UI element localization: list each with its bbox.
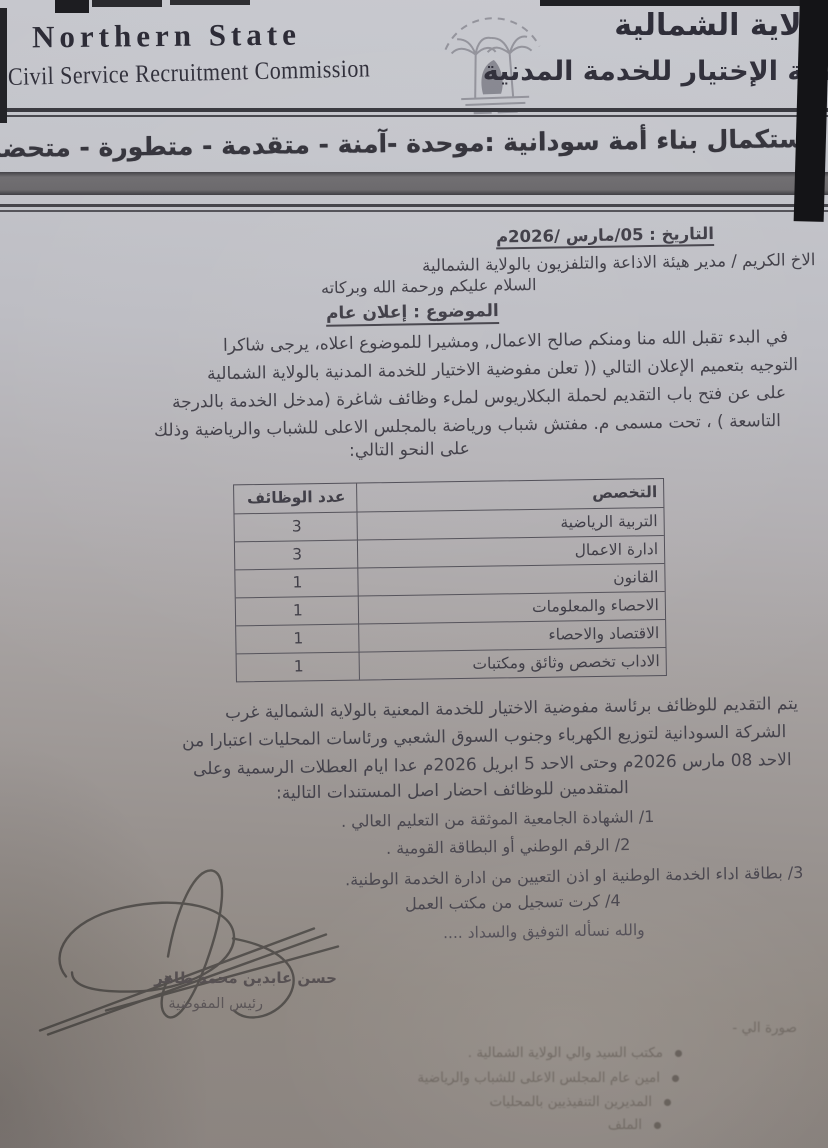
bullet-dot-icon <box>672 1075 679 1082</box>
cc-item: امين عام المجلس الاعلى للشباب والرياضية <box>417 1070 679 1086</box>
cell-specialization: الاداب تخصص وثائق ومكتبات <box>359 648 666 680</box>
paragraph2-line: الشركة السودانية لتوزيع الكهرباء وجنوب ا… <box>182 722 786 751</box>
cell-specialization: القانون <box>357 564 664 596</box>
org-name-arabic: الولاية الشمالية <box>614 8 828 43</box>
bullet-dot-icon <box>654 1122 661 1129</box>
paragraph1-line: على عن فتح باب التقديم لحملة البكلاريوس … <box>172 383 786 413</box>
addressee-line: الاخ الكريم / مدير هيئة الاذاعة والتلفزي… <box>422 250 816 275</box>
header-gray-bar <box>0 172 828 195</box>
header-rule-top <box>0 108 828 112</box>
cc-item-label: امين عام المجلس الاعلى للشباب والرياضية <box>417 1070 660 1086</box>
document-list-item: 2/ الرقم الوطني أو البطاقة القومية . <box>386 835 631 858</box>
cell-specialization: ادارة الاعمال <box>357 536 664 568</box>
org-name-english: Northern State <box>32 17 301 56</box>
document-list-item: 4/ كرت تسجيل من مكتب العمل <box>405 891 621 913</box>
cc-item-label: مكتب السيد والي الولاية الشمالية . <box>468 1045 663 1061</box>
signature-scribble <box>28 856 358 1046</box>
header-rule-bottom <box>0 204 828 207</box>
scan-edge-artifact <box>0 8 7 123</box>
document-list-item: 3/ بطاقة اداء الخدمة الوطنية او اذن التع… <box>345 863 804 889</box>
paragraph2-line: المتقدمين للوظائف احضار اصل المستندات ال… <box>276 778 629 804</box>
cc-item-label: المديرين التنفيذيين بالمحليات <box>489 1094 652 1110</box>
org-subtitle-english: Civil Service Recruitment Commission <box>8 55 371 92</box>
header-specialization: التخصص <box>356 479 663 512</box>
vacancies-table: التخصص عدد الوظائف التربية الرياضية 3 اد… <box>233 478 667 682</box>
header-rule-bottom-thin <box>0 210 828 212</box>
closing-line: والله نسأله التوفيق والسداد .... <box>443 921 645 942</box>
greeting-line: السلام عليكم ورحمة الله وبركاته <box>320 275 536 297</box>
org-subtitle-arabic: مفوضية الإختيار للخدمة المدنية <box>483 56 828 87</box>
date-line: التاريخ : 05/مارس /2026م <box>496 224 714 249</box>
cell-positions: 1 <box>239 653 359 682</box>
scanned-letter-page: Northern State Civil Service Recruitment… <box>0 0 828 1148</box>
cc-item: مكتب السيد والي الولاية الشمالية . <box>468 1045 682 1061</box>
document-content: Northern State Civil Service Recruitment… <box>0 0 828 1148</box>
paragraph2-line: يتم التقديم للوظائف برئاسة مفوضية الاختي… <box>225 694 798 723</box>
scan-edge-artifact <box>540 0 808 6</box>
cc-item: الملف <box>608 1117 661 1133</box>
signatory-name: حسن عابدين محمد طاهر <box>154 969 337 987</box>
paragraph1-line: التوجيه بتعميم الإعلان التالي (( تعلن مف… <box>207 355 798 384</box>
cell-positions: 1 <box>238 597 358 626</box>
cell-specialization: الاقتصاد والاحصاء <box>358 620 665 652</box>
scan-edge-artifact <box>794 0 828 222</box>
header-positions: عدد الوظائف <box>236 484 356 514</box>
bullet-dot-icon <box>675 1050 682 1057</box>
cc-item-label: الملف <box>608 1117 642 1133</box>
cell-specialization: الاحصاء والمعلومات <box>358 592 665 624</box>
document-list-item: 1/ الشهادة الجامعية الموثقة من التعليم ا… <box>341 807 655 831</box>
paragraph1-line: التاسعة ) ، تحت مسمى م. مفتش شباب ورياضة… <box>154 411 781 441</box>
cell-positions: 1 <box>238 625 358 654</box>
cell-specialization: التربية الرياضية <box>356 508 663 540</box>
paragraph1-line: في البدء تقبل الله منا ومنكم صالح الاعما… <box>223 327 788 356</box>
paragraph1-line: على النحو التالي: <box>349 439 470 461</box>
bullet-dot-icon <box>664 1099 671 1106</box>
cell-positions: 3 <box>236 513 356 542</box>
subject-line: الموضوع : إعلان عام <box>326 301 499 327</box>
scan-edge-artifact <box>92 0 162 7</box>
paragraph2-line: الاحد 08 مارس 2026م وحتى الاحد 5 ابريل 2… <box>193 750 792 779</box>
slogan-line: إستكمال بناء أمة سودانية :موحدة -آمنة - … <box>0 124 812 163</box>
scan-edge-artifact <box>170 0 250 5</box>
signatory-title: رئيس المفوضية <box>168 996 263 1012</box>
cc-item: المديرين التنفيذيين بالمحليات <box>489 1094 671 1110</box>
cell-positions: 1 <box>237 569 357 598</box>
cc-heading: صورة الي - <box>732 1020 797 1036</box>
header-rule-top-thin <box>0 115 828 117</box>
cell-positions: 3 <box>237 541 357 570</box>
scan-edge-artifact <box>55 0 89 13</box>
